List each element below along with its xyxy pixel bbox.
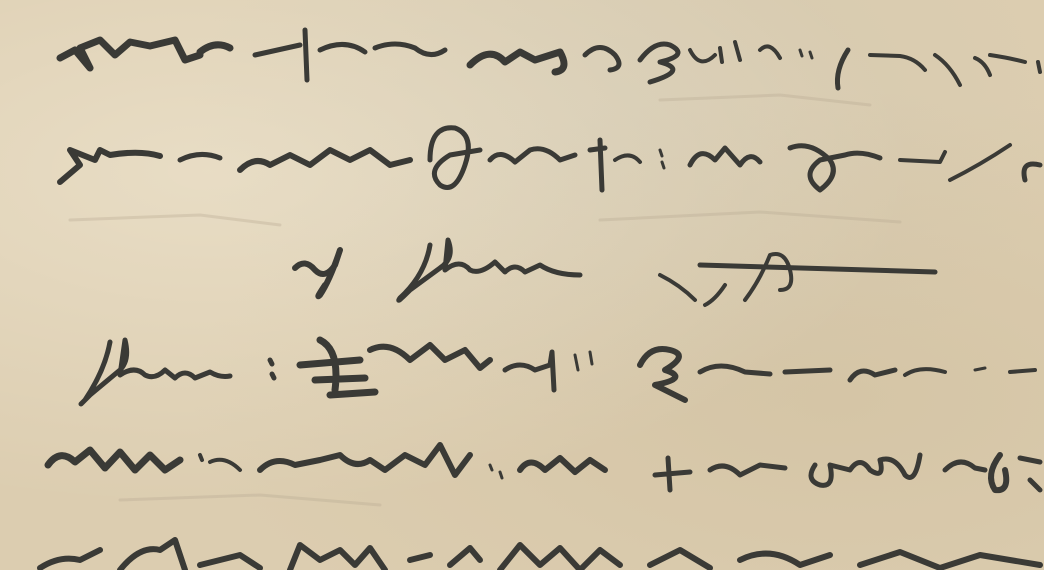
line-3 <box>295 240 935 305</box>
handwriting-strokes <box>0 0 1044 570</box>
manuscript-page: Jhonia Jhonia <box>0 0 1044 570</box>
line-1 <box>60 30 1040 88</box>
line-6 <box>40 540 1040 570</box>
line-5 <box>48 445 1040 490</box>
line-2 <box>60 128 1040 190</box>
line-4 <box>81 340 1035 404</box>
